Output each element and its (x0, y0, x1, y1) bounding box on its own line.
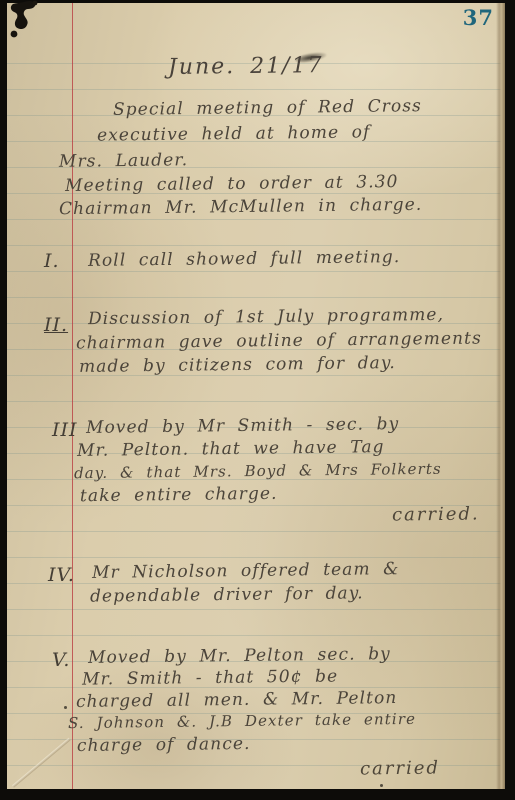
item-numeral: IV. (48, 564, 75, 586)
ink-blot (0, 0, 60, 52)
carried-annotation: carried (360, 760, 440, 779)
handwriting-line: Moved by Mr Smith - sec. by (86, 416, 399, 437)
item-numeral: V. (52, 649, 70, 671)
item-numeral: III (52, 419, 78, 441)
intro-line: Mrs. Lauder. (59, 152, 188, 171)
intro-line: Chairman Mr. McMullen in charge. (59, 197, 423, 218)
handwriting-line: take entire charge. (80, 486, 278, 505)
handwriting-line: charged all men. & Mr. Pelton (76, 690, 398, 711)
page-edge-shadow (496, 3, 505, 789)
handwriting-line: dependable driver for day. (90, 585, 364, 605)
carried-annotation: carried. (392, 505, 480, 524)
date-heading: June. 21/17 (168, 55, 324, 79)
handwriting-line: made by citizens com for day. (79, 355, 396, 376)
handwriting-line: charge of dance. (77, 736, 251, 755)
intro-line: Meeting called to order at 3.30 (65, 174, 399, 195)
handwriting-line: Mr. Smith - that 50¢ be (82, 668, 338, 688)
handwriting-line: chairman gave outline of arrangements (76, 331, 482, 353)
stray-mark (380, 784, 383, 787)
handwriting-line: Mr Nicholson offered team & (92, 561, 400, 582)
intro-line: executive held at home of (97, 124, 371, 144)
handwriting-line: S. Johnson &. J.B Dexter take entire (68, 712, 416, 731)
page-number: 37 (463, 5, 494, 30)
handwriting-line: Discussion of 1st July programme, (88, 307, 444, 328)
handwriting-line: day. & that Mrs. Boyd & Mrs Folkerts (74, 462, 442, 481)
intro-line: Special meeting of Red Cross (113, 98, 422, 119)
margin-rule-line (72, 3, 73, 789)
stray-mark (64, 706, 67, 709)
item-numeral: I. (44, 250, 60, 272)
item-numeral: II. (44, 314, 68, 336)
handwriting-line: Moved by Mr. Pelton sec. by (88, 646, 391, 667)
scanned-page: 37 June. 21/17 Special meeting of Red Cr… (0, 0, 515, 800)
handwriting-line: Mr. Pelton. that we have Tag (77, 439, 385, 460)
handwriting-line: Roll call showed full meeting. (88, 249, 401, 270)
